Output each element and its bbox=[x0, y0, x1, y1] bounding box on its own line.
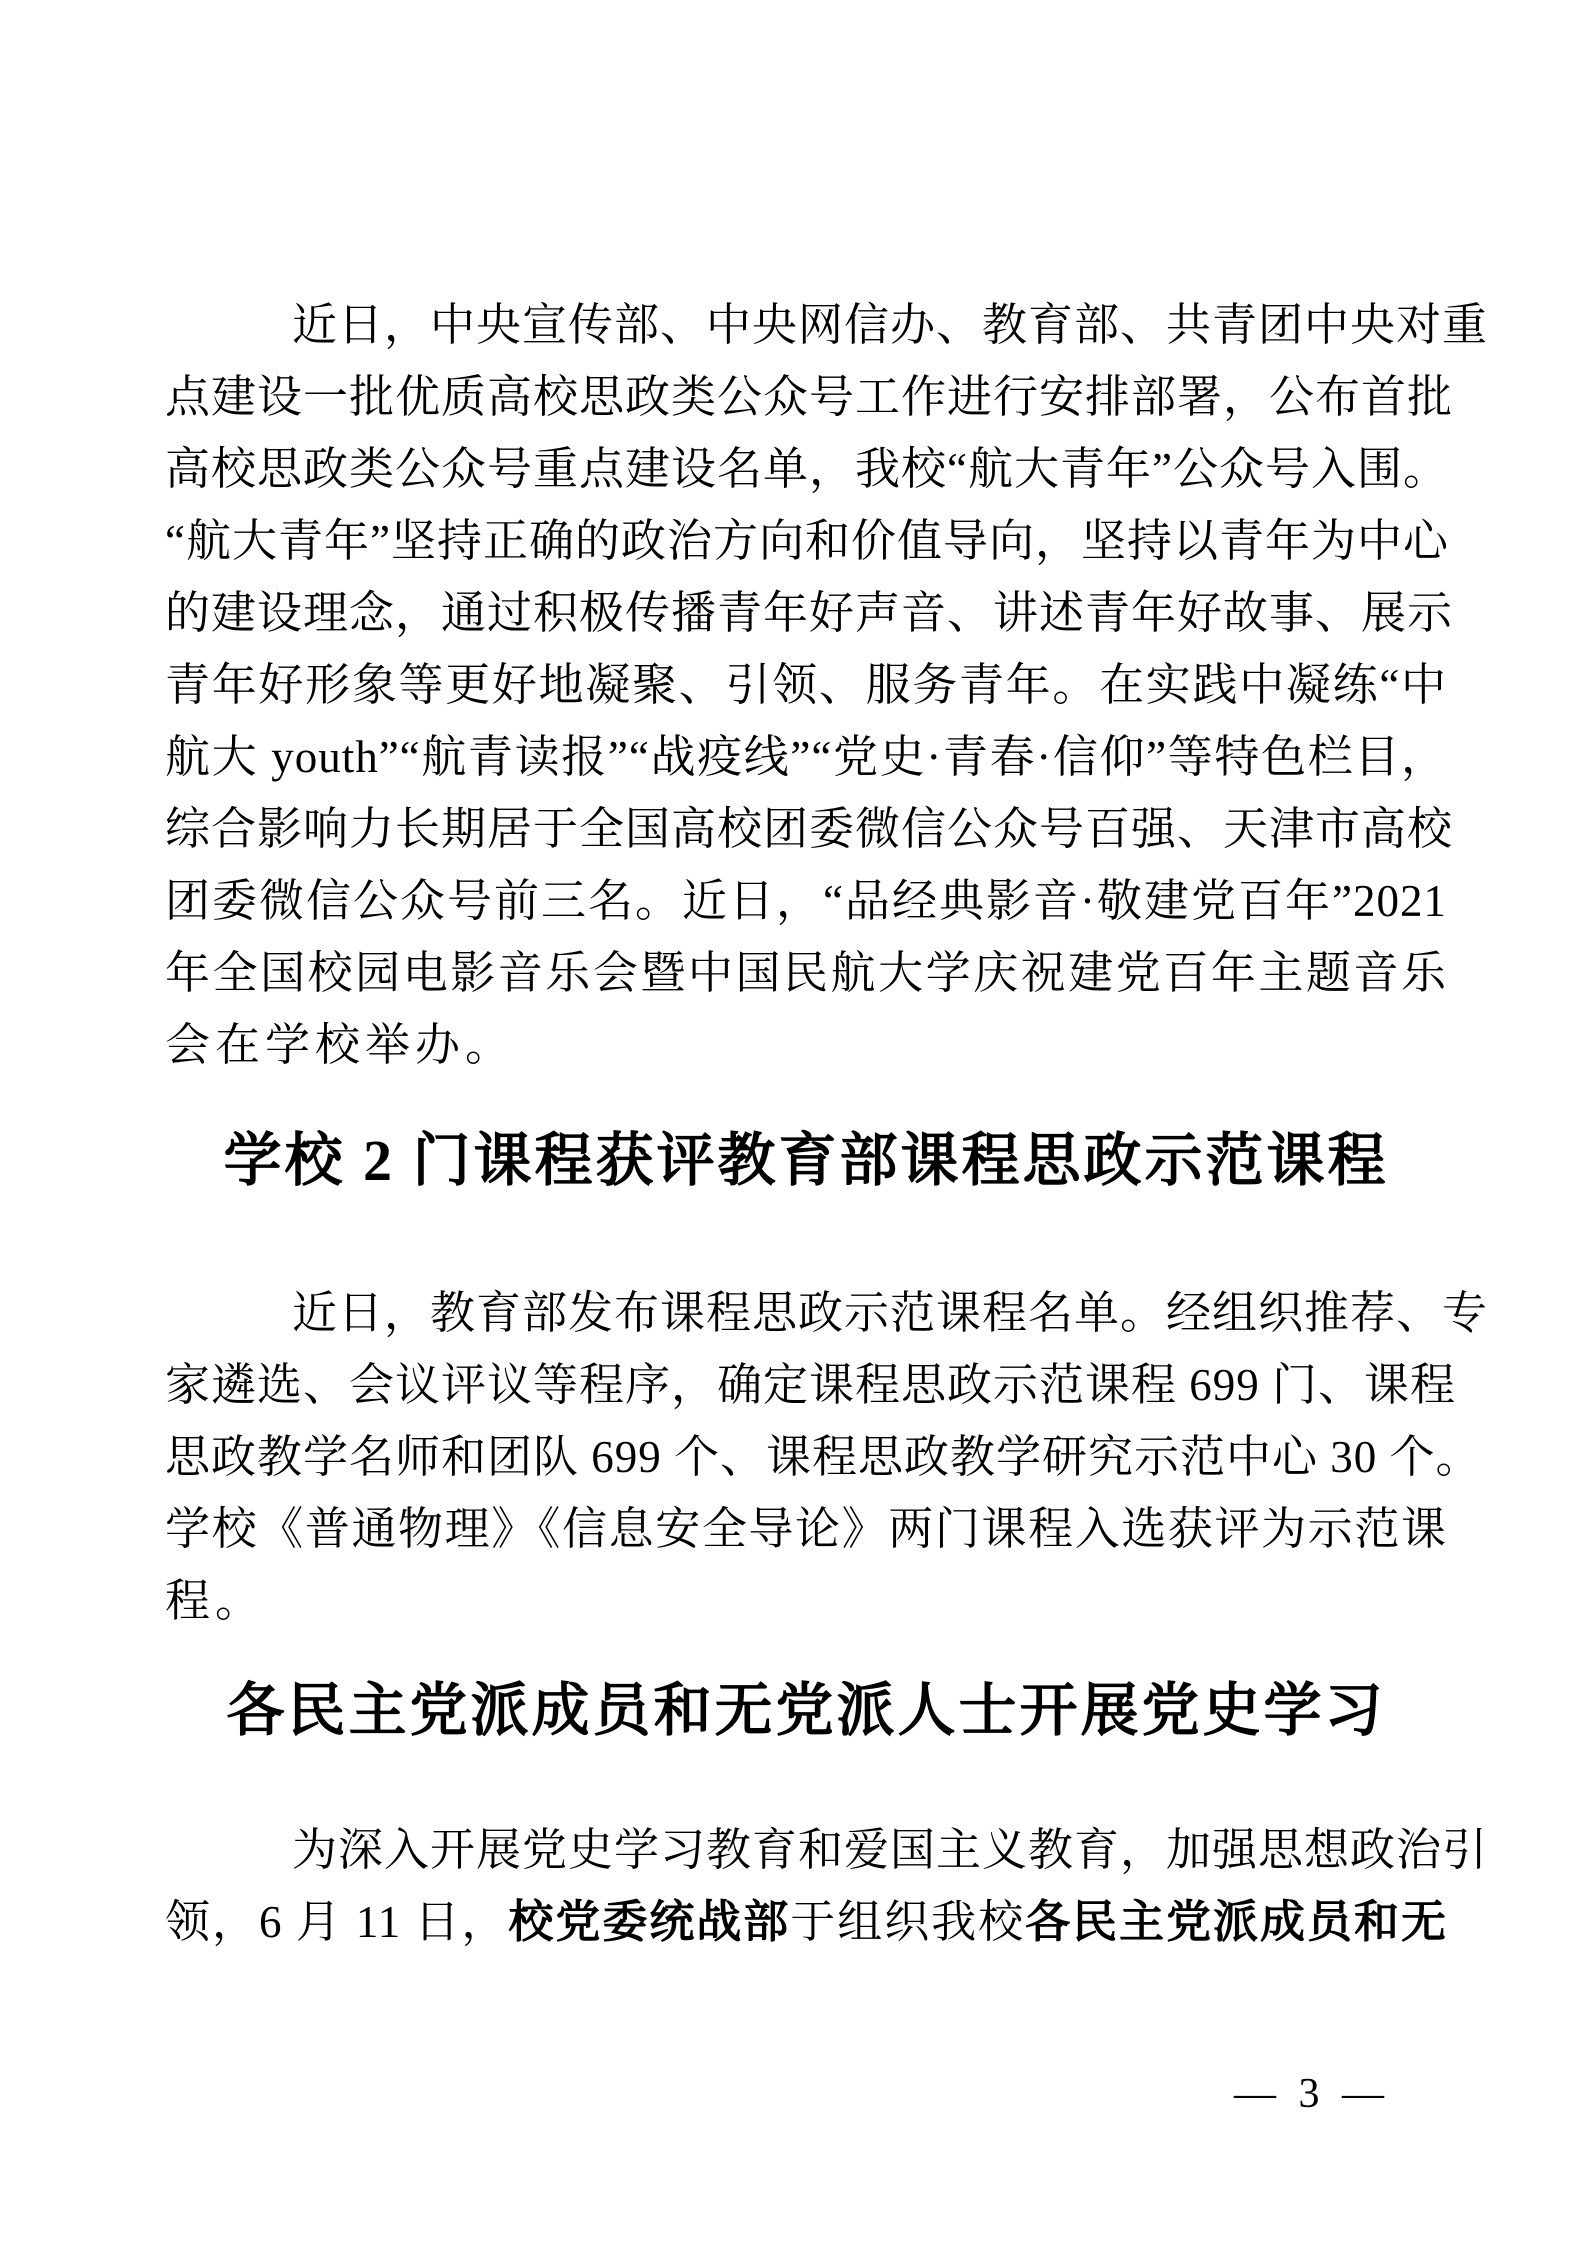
page-number: — 3 — bbox=[1234, 2072, 1390, 2117]
section-heading-party-study: 各民主党派成员和无党派人士开展党史学习 bbox=[165, 1663, 1447, 1759]
text-line: 综合影响力长期居于全国高校团委微信公众号百强、天津市高校 bbox=[165, 793, 1447, 865]
text-line: “航大青年”坚持正确的政治方向和价值导向，坚持以青年为中心 bbox=[165, 505, 1447, 577]
text-segment: 领，6 月 11 日， bbox=[165, 1897, 508, 1947]
text-line: 团委微信公众号前三名。近日，“品经典影音·敬建党百年”2021 bbox=[165, 865, 1447, 937]
text-segment-bold: 校党委统战部 bbox=[508, 1897, 790, 1947]
text-line-mixed-weight: 领，6 月 11 日，校党委统战部于组织我校各民主党派成员和无 bbox=[165, 1886, 1447, 1958]
section-heading-courses: 学校 2 门课程获评教育部课程思政示范课程 bbox=[165, 1113, 1447, 1209]
text-line: 会在学校举办。 bbox=[165, 1009, 1447, 1081]
paragraph-1: 近日，中央宣传部、中央网信办、教育部、共青团中央对重 点建设一批优质高校思政类公… bbox=[165, 289, 1447, 1081]
text-segment: 于组织我校 bbox=[790, 1897, 1025, 1947]
text-line: 高校思政类公众号重点建设名单，我校“航大青年”公众号入围。 bbox=[165, 433, 1447, 505]
text-line: 航大 youth”“航青读报”“战疫线”“党史·青春·信仰”等特色栏目， bbox=[165, 721, 1447, 793]
document-body: 近日，中央宣传部、中央网信办、教育部、共青团中央对重 点建设一批优质高校思政类公… bbox=[165, 289, 1447, 1958]
text-line: 近日，教育部发布课程思政示范课程名单。经组织推荐、专 bbox=[165, 1277, 1447, 1349]
text-line: 为深入开展党史学习教育和爱国主义教育，加强思想政治引 bbox=[165, 1814, 1447, 1886]
text-line: 思政教学名师和团队 699 个、课程思政教学研究示范中心 30 个。 bbox=[165, 1421, 1447, 1493]
paragraph-2: 近日，教育部发布课程思政示范课程名单。经组织推荐、专 家遴选、会议评议等程序，确… bbox=[165, 1277, 1447, 1637]
text-line: 家遴选、会议评议等程序，确定课程思政示范课程 699 门、课程 bbox=[165, 1349, 1447, 1421]
text-line: 程。 bbox=[165, 1565, 1447, 1637]
text-segment-bold: 各民主党派成员和无 bbox=[1025, 1897, 1447, 1947]
text-line: 近日，中央宣传部、中央网信办、教育部、共青团中央对重 bbox=[165, 289, 1447, 361]
document-page: 近日，中央宣传部、中央网信办、教育部、共青团中央对重 点建设一批优质高校思政类公… bbox=[0, 0, 1587, 2245]
text-line: 青年好形象等更好地凝聚、引领、服务青年。在实践中凝练“中 bbox=[165, 649, 1447, 721]
text-line: 的建设理念，通过积极传播青年好声音、讲述青年好故事、展示 bbox=[165, 577, 1447, 649]
text-line: 点建设一批优质高校思政类公众号工作进行安排部署，公布首批 bbox=[165, 361, 1447, 433]
text-line: 学校《普通物理》《信息安全导论》两门课程入选获评为示范课 bbox=[165, 1493, 1447, 1565]
text-line: 年全国校园电影音乐会暨中国民航大学庆祝建党百年主题音乐 bbox=[165, 937, 1447, 1009]
paragraph-3: 为深入开展党史学习教育和爱国主义教育，加强思想政治引 领，6 月 11 日，校党… bbox=[165, 1814, 1447, 1958]
